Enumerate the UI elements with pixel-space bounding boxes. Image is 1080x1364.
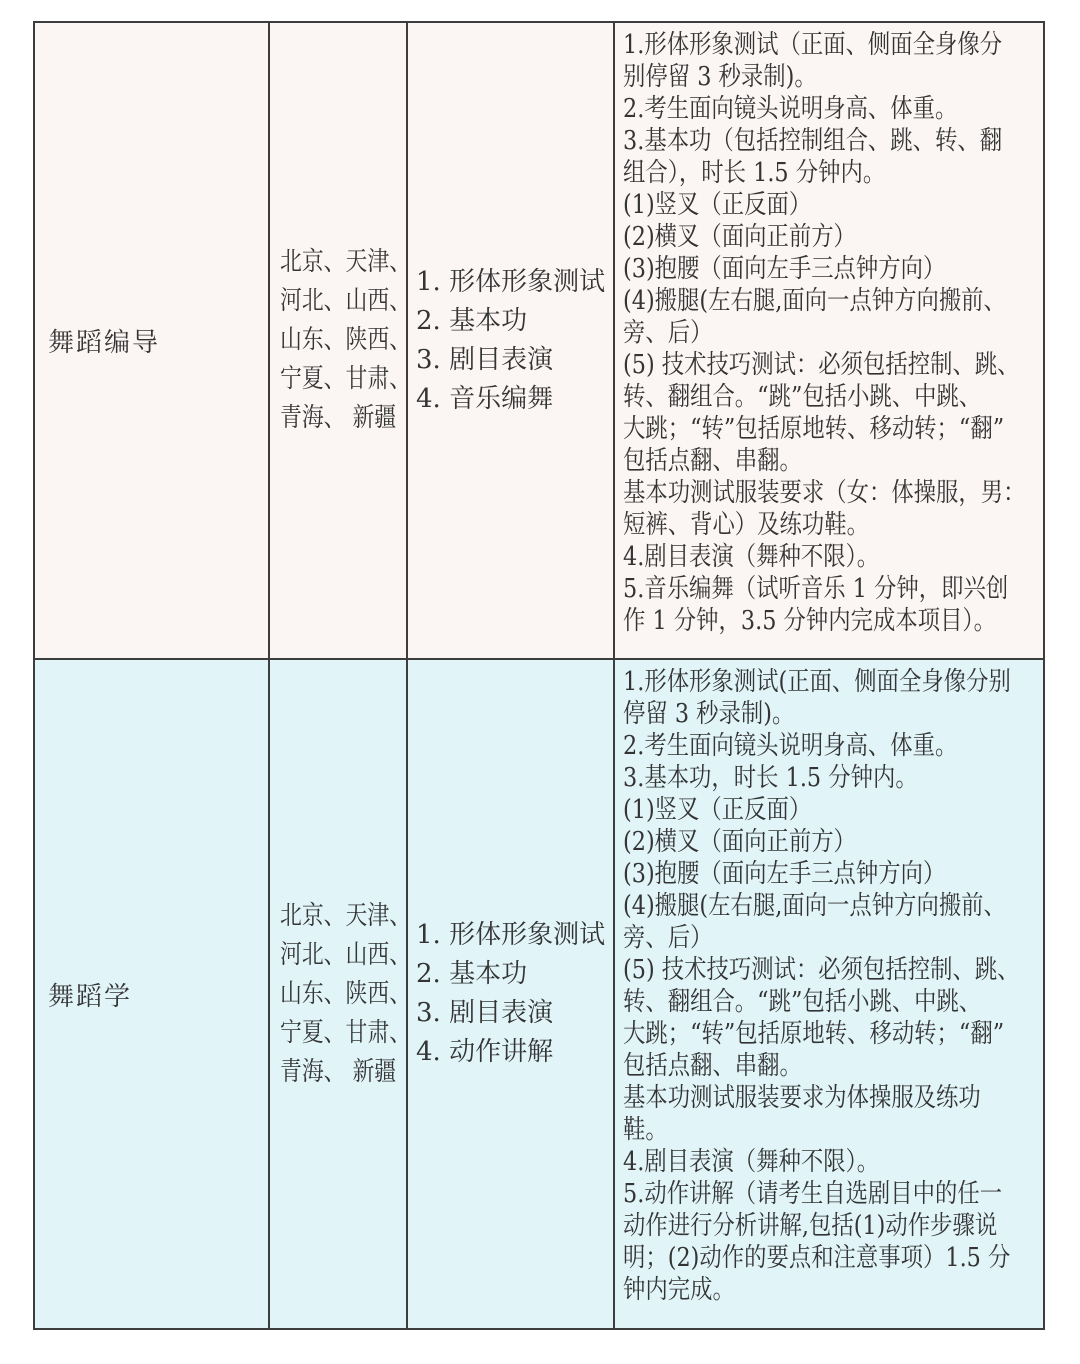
regions-cell: 北京、天津、 河北、山西、 山东、陕西、 宁夏、甘肃、 青海、 新疆 [269,22,407,659]
major-name: 舞蹈学 [35,976,268,1013]
table-row-dance-studies: 舞蹈学 北京、天津、 河北、山西、 山东、陕西、 宁夏、甘肃、 青海、 新疆 1… [34,659,1044,1329]
exam-requirements-table: 舞蹈编导 北京、天津、 河北、山西、 山东、陕西、 宁夏、甘肃、 青海、 新疆 … [33,21,1045,1330]
regions-cell: 北京、天津、 河北、山西、 山东、陕西、 宁夏、甘肃、 青海、 新疆 [269,659,407,1329]
table-row-dance-choreography: 舞蹈编导 北京、天津、 河北、山西、 山东、陕西、 宁夏、甘肃、 青海、 新疆 … [34,22,1044,659]
details-cell: 1.形体形象测试（正面、侧面全身像分 别停留 3 秒录制)。 2.考生面向镜头说… [614,22,1044,659]
major-cell: 舞蹈学 [34,659,269,1329]
details-cell: 1.形体形象测试(正面、侧面全身像分别 停留 3 秒录制)。 2.考生面向镜头说… [614,659,1044,1329]
regions-list: 北京、天津、 河北、山西、 山东、陕西、 宁夏、甘肃、 青海、 新疆 [280,243,407,438]
exam-details-text: 1.形体形象测试（正面、侧面全身像分 别停留 3 秒录制)。 2.考生面向镜头说… [623,29,1038,637]
subjects-cell: 1. 形体形象测试 2. 基本功 3. 剧目表演 4. 动作讲解 [407,659,614,1329]
exam-details-text: 1.形体形象测试(正面、侧面全身像分别 停留 3 秒录制)。 2.考生面向镜头说… [623,666,1038,1306]
major-cell: 舞蹈编导 [34,22,269,659]
subjects-list: 1. 形体形象测试 2. 基本功 3. 剧目表演 4. 动作讲解 [408,916,613,1072]
document-page: 舞蹈编导 北京、天津、 河北、山西、 山东、陕西、 宁夏、甘肃、 青海、 新疆 … [0,0,1080,1364]
subjects-list: 1. 形体形象测试 2. 基本功 3. 剧目表演 4. 音乐编舞 [408,263,613,419]
regions-list: 北京、天津、 河北、山西、 山东、陕西、 宁夏、甘肃、 青海、 新疆 [280,897,407,1092]
subjects-cell: 1. 形体形象测试 2. 基本功 3. 剧目表演 4. 音乐编舞 [407,22,614,659]
major-name: 舞蹈编导 [35,322,268,359]
